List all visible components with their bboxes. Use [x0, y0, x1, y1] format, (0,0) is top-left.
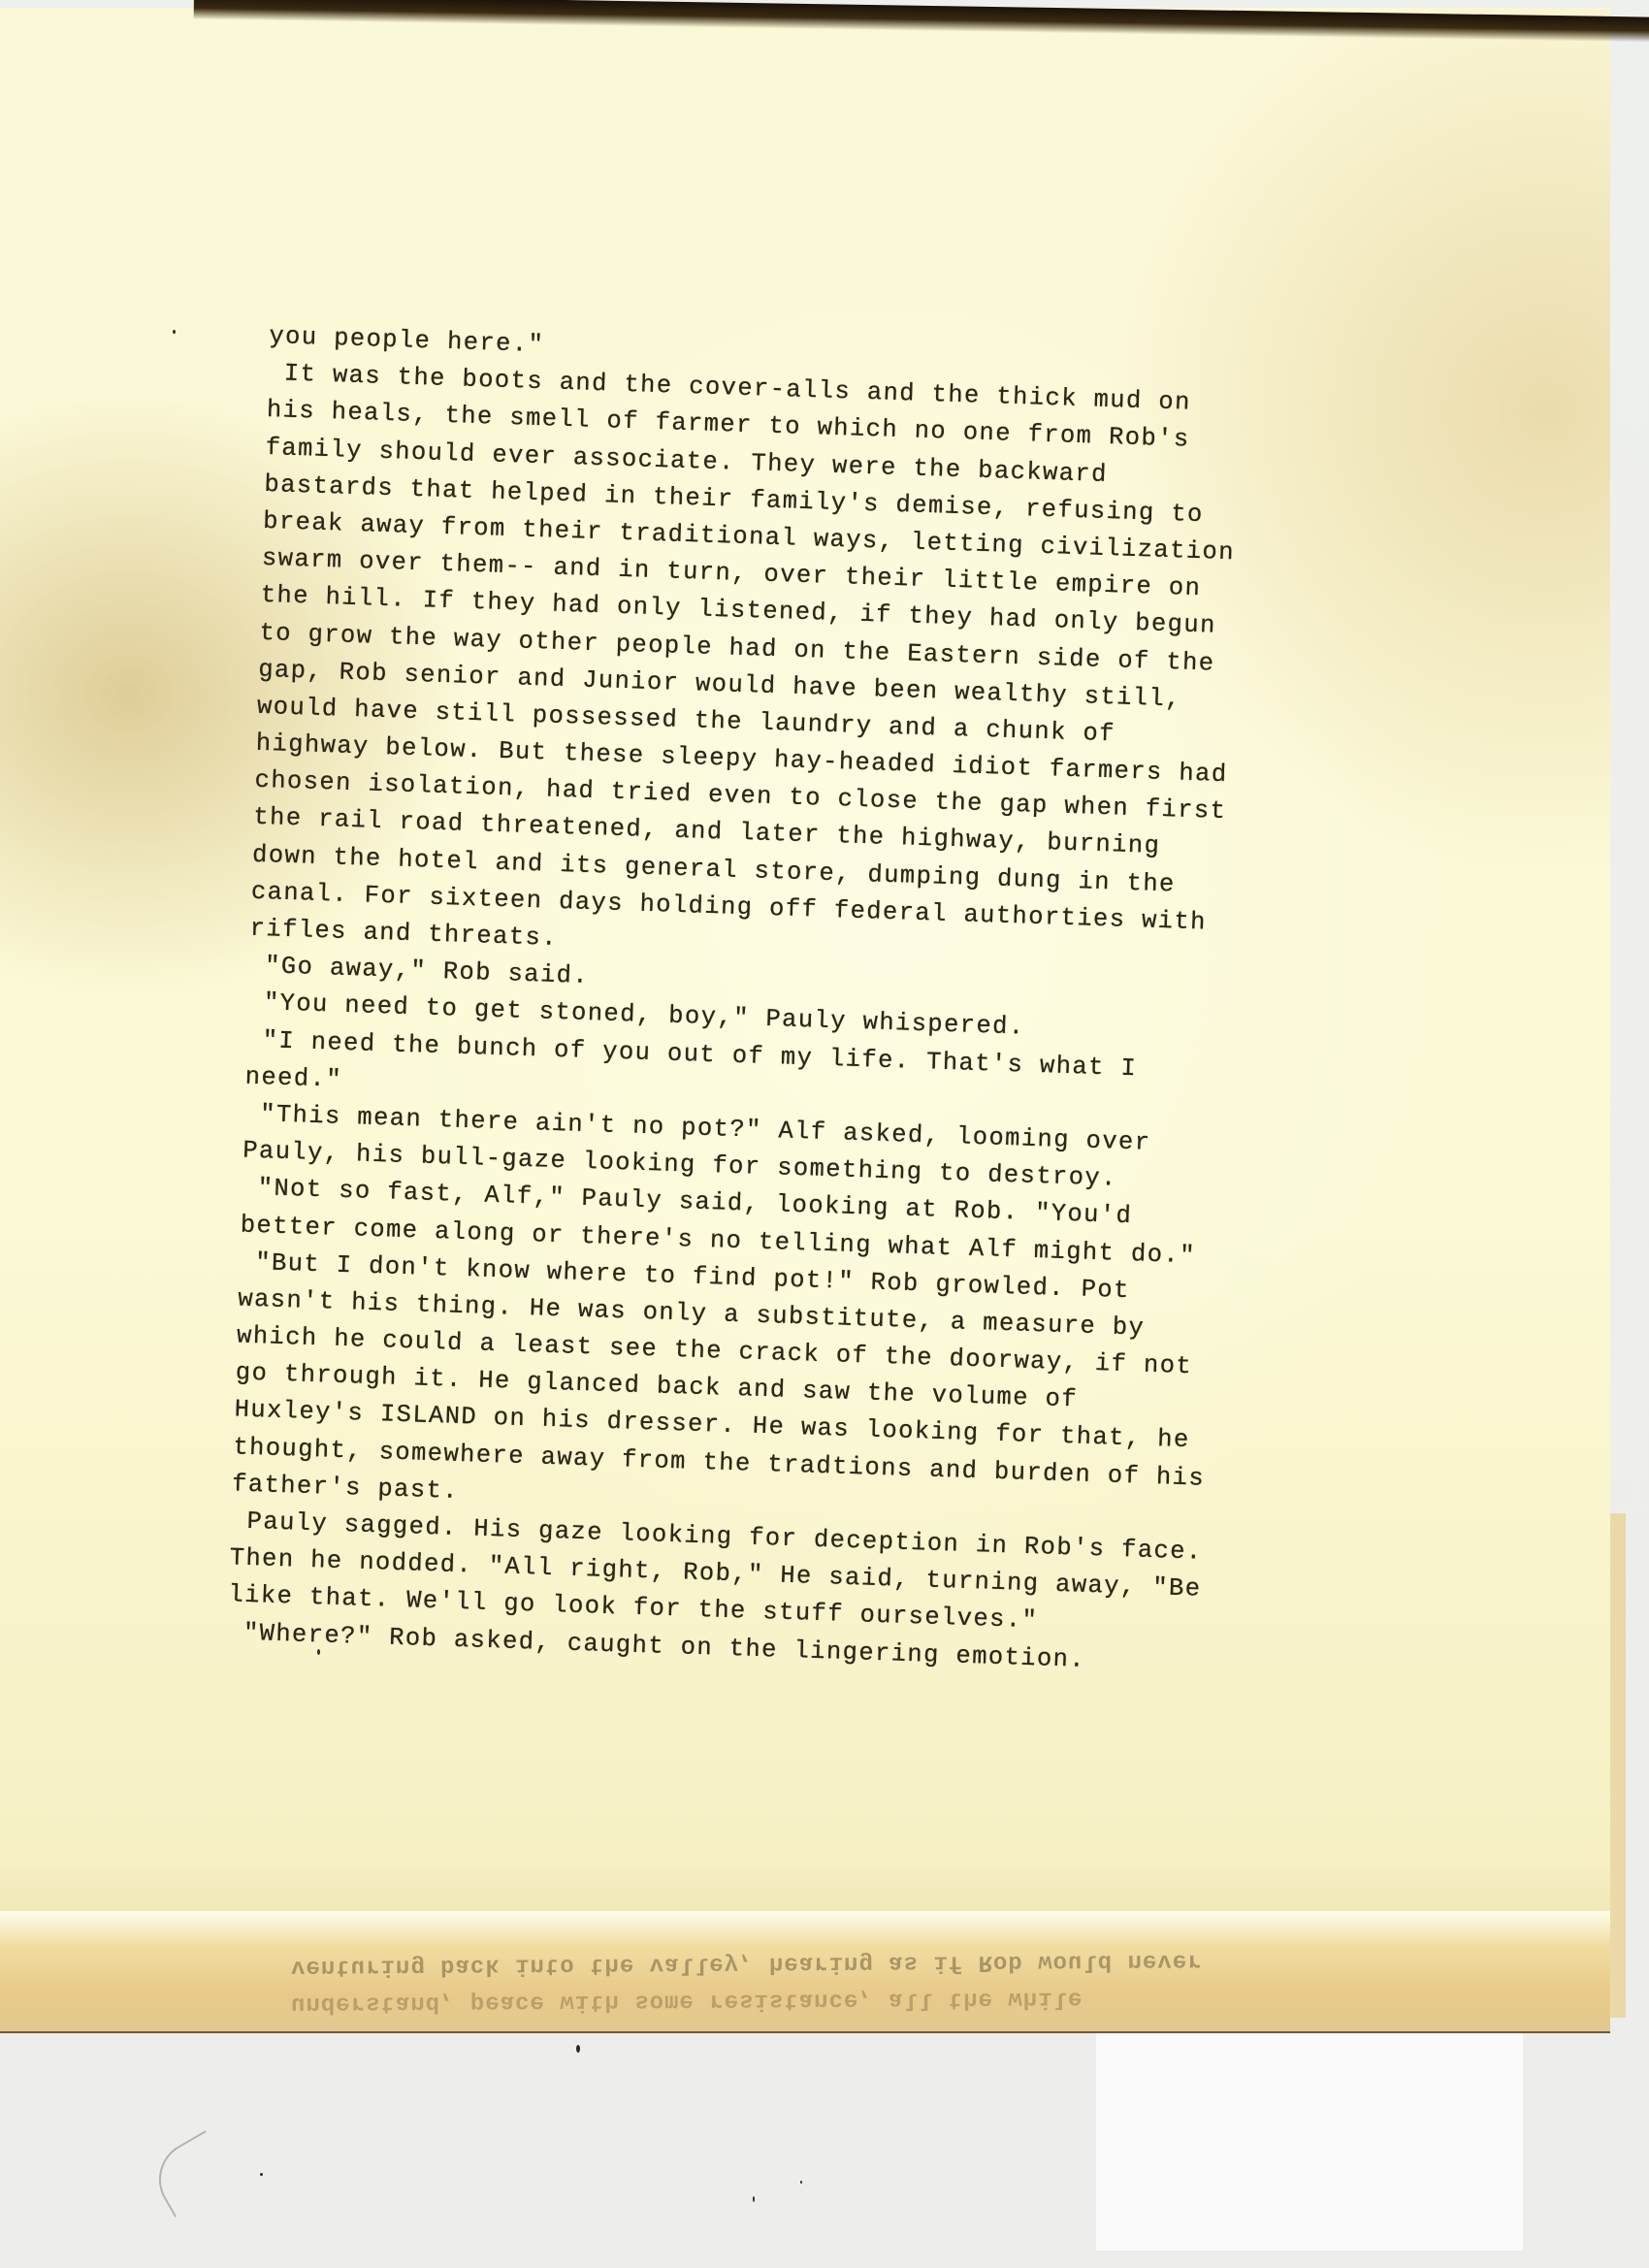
typed-text-body: you people here." It was the boots and t… — [227, 318, 1511, 1691]
